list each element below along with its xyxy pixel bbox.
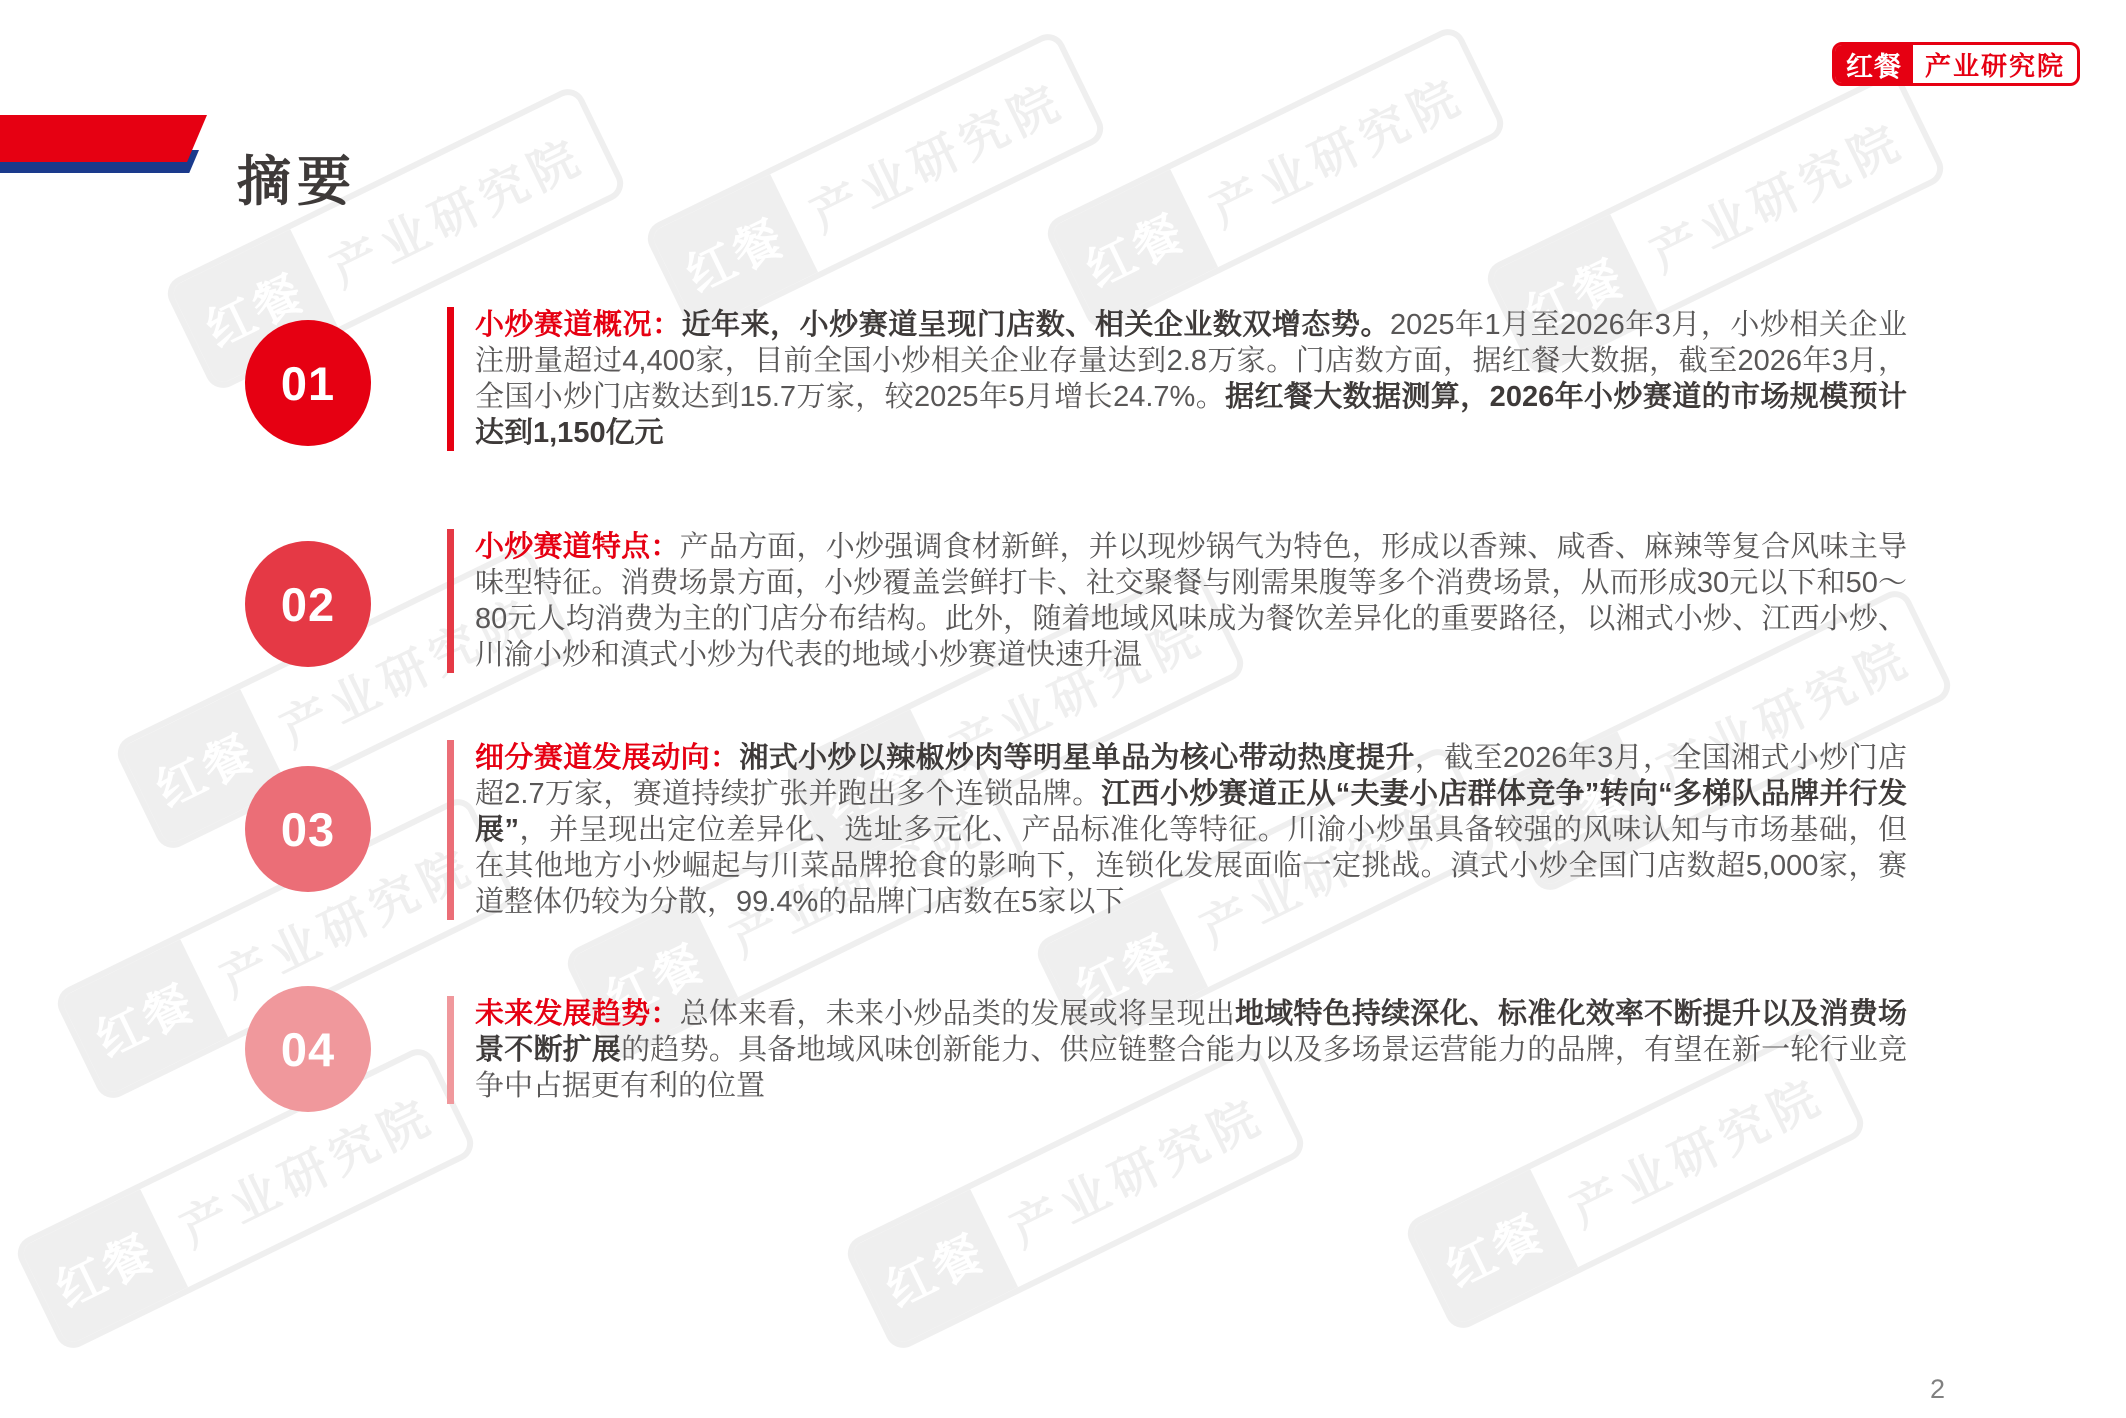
section-text: 细分赛道发展动向：湘式小炒以辣椒炒肉等明星单品为核心带动热度提升，截至2026年… — [475, 740, 1907, 920]
watermark-badge: 红餐产业研究院 — [1042, 23, 1509, 334]
section-number-badge: 01 — [245, 320, 371, 446]
watermark-badge: 红餐产业研究院 — [12, 1043, 479, 1354]
text-segment-title: 小炒赛道特点： — [475, 531, 680, 563]
brand-logo-text: 产业研究院 — [1913, 45, 2077, 83]
section-text: 未来发展趋势：总体来看，未来小炒品类的发展或将呈现出地域特色持续深化、标准化效率… — [475, 996, 1907, 1104]
section-paragraph: 小炒赛道特点：产品方面，小炒强调食材新鲜，并以现炒锅气为特色，形成以香辣、咸香、… — [447, 529, 1907, 673]
watermark-brand-text: 产业研究院 — [1170, 31, 1501, 267]
brand-logo-mark: 红餐 — [1835, 45, 1913, 83]
section-paragraph: 小炒赛道概况：近年来，小炒赛道呈现门店数、相关企业数双增态势。2025年1月至2… — [447, 307, 1907, 451]
watermark-layer: 红餐产业研究院红餐产业研究院红餐产业研究院红餐产业研究院红餐产业研究院红餐产业研… — [0, 0, 2126, 1418]
section-text: 小炒赛道概况：近年来，小炒赛道呈现门店数、相关企业数双增态势。2025年1月至2… — [475, 307, 1907, 451]
text-segment-normal: 的趋势。具备地域风味创新能力、供应链整合能力以及多场景运营能力的品牌，有望在新一… — [475, 1034, 1907, 1102]
text-segment-normal: 产品方面，小炒强调食材新鲜，并以现炒锅气为特色，形成以香辣、咸香、麻辣等复合风味… — [475, 531, 1907, 671]
section-text: 小炒赛道特点：产品方面，小炒强调食材新鲜，并以现炒锅气为特色，形成以香辣、咸香、… — [475, 529, 1907, 673]
section-paragraph: 细分赛道发展动向：湘式小炒以辣椒炒肉等明星单品为核心带动热度提升，截至2026年… — [447, 740, 1907, 920]
section-number-badge: 02 — [245, 541, 371, 667]
watermark-brand-text: 产业研究院 — [1610, 76, 1941, 312]
text-segment-normal: 总体来看，未来小炒品类的发展或将呈现出 — [680, 998, 1235, 1030]
text-segment-title: 细分赛道发展动向： — [475, 742, 739, 774]
text-segment-normal: ，并呈现出定位差异化、选址多元化、产品标准化等特征。川渝小炒虽具备较强的风味认知… — [475, 814, 1907, 918]
header-accent-red-bar — [0, 115, 207, 162]
page-number: 2 — [1930, 1374, 1945, 1405]
page-title: 摘要 — [237, 152, 357, 212]
text-segment-title: 小炒赛道概况： — [475, 309, 682, 341]
watermark-badge: 红餐产业研究院 — [642, 28, 1109, 339]
text-segment-bold: 湘式小炒以辣椒炒肉等明星单品为核心带动热度提升 — [739, 742, 1414, 774]
text-segment-title: 未来发展趋势： — [475, 998, 680, 1030]
section-paragraph: 未来发展趋势：总体来看，未来小炒品类的发展或将呈现出地域特色持续深化、标准化效率… — [447, 996, 1907, 1104]
report-slide: 红餐产业研究院红餐产业研究院红餐产业研究院红餐产业研究院红餐产业研究院红餐产业研… — [0, 0, 2126, 1418]
section-number-badge: 03 — [245, 766, 371, 892]
brand-logo: 红餐 产业研究院 — [1832, 42, 2080, 86]
section-number-badge: 04 — [245, 986, 371, 1112]
text-segment-bold: 近年来，小炒赛道呈现门店数、相关企业数双增态势。 — [682, 309, 1390, 341]
